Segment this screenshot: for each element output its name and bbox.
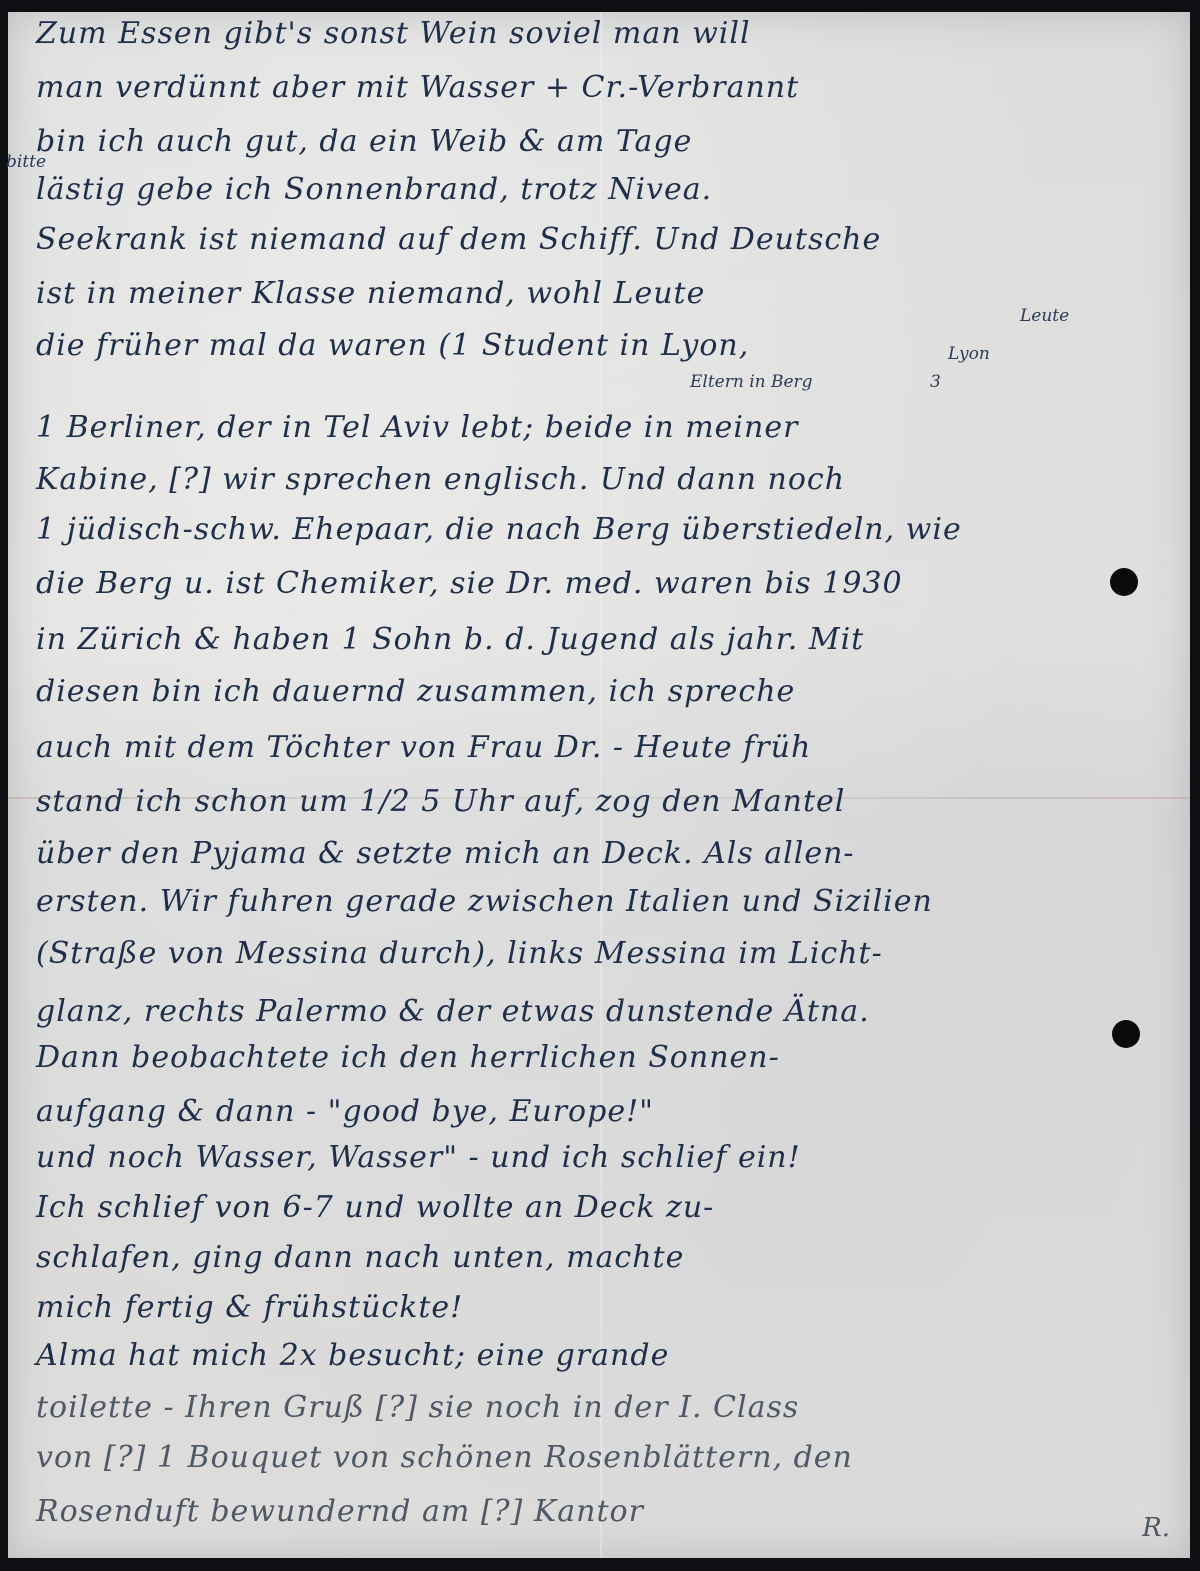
text-line: 1 Berliner, der in Tel Aviv lebt; beide … <box>36 410 1176 445</box>
text-line: man verdünnt aber mit Wasser + Cr.-Verbr… <box>36 70 1176 105</box>
document-frame: bitte Leute Lyon Eltern in Berg 3 Zum Es… <box>0 0 1200 1571</box>
text-line: mich fertig & frühstückte! <box>36 1290 1176 1325</box>
text-line: Dann beobachtete ich den herrlichen Sonn… <box>36 1040 1176 1075</box>
text-line: Alma hat mich 2x besucht; eine grande <box>36 1338 1176 1373</box>
text-line: schlafen, ging dann nach unten, machte <box>36 1240 1176 1275</box>
text-line: stand ich schon um 1/2 5 Uhr auf, zog de… <box>36 784 1176 819</box>
text-line: Seekrank ist niemand auf dem Schiff. Und… <box>36 222 1176 257</box>
text-line: diesen bin ich dauernd zusammen, ich spr… <box>36 674 1176 709</box>
text-line: glanz, rechts Palermo & der etwas dunste… <box>36 994 1176 1029</box>
text-line: auch mit dem Töchter von Frau Dr. - Heut… <box>36 730 1176 765</box>
text-line: von [?] 1 Bouquet von schönen Rosenblätt… <box>36 1440 1176 1475</box>
text-line: ist in meiner Klasse niemand, wohl Leute <box>36 276 1176 311</box>
insertion-mark: 3 <box>930 372 941 392</box>
text-line: (Straße von Messina durch), links Messin… <box>36 936 1176 971</box>
text-line: 1 jüdisch-schw. Ehepaar, die nach Berg ü… <box>36 512 1176 547</box>
text-line: Rosenduft bewundernd am [?] Kantor <box>36 1494 1176 1529</box>
text-line: aufgang & dann - "good bye, Europe!" <box>36 1094 1176 1129</box>
interlinear-note: Eltern in Berg <box>690 372 813 392</box>
text-line: über den Pyjama & setzte mich an Deck. A… <box>36 836 1176 871</box>
text-line: toilette - Ihren Gruß [?] sie noch in de… <box>36 1390 1176 1425</box>
text-line: Kabine, [?] wir sprechen englisch. Und d… <box>36 462 1176 497</box>
text-line: bin ich auch gut, da ein Weib & am Tage <box>36 124 1176 159</box>
text-line: ersten. Wir fuhren gerade zwischen Itali… <box>36 884 1176 919</box>
text-line: und noch Wasser, Wasser" - und ich schli… <box>36 1140 1176 1175</box>
text-line: lästig gebe ich Sonnenbrand, trotz Nivea… <box>36 172 1176 207</box>
text-line: in Zürich & haben 1 Sohn b. d. Jugend al… <box>36 622 1176 657</box>
signature-initial: R. <box>1142 1513 1170 1543</box>
text-line: die früher mal da waren (1 Student in Ly… <box>36 328 1176 363</box>
text-line: Ich schlief von 6-7 und wollte an Deck z… <box>36 1190 1176 1225</box>
text-line: Zum Essen gibt's sonst Wein soviel man w… <box>36 16 1176 51</box>
text-line: die Berg u. ist Chemiker, sie Dr. med. w… <box>36 566 1176 601</box>
